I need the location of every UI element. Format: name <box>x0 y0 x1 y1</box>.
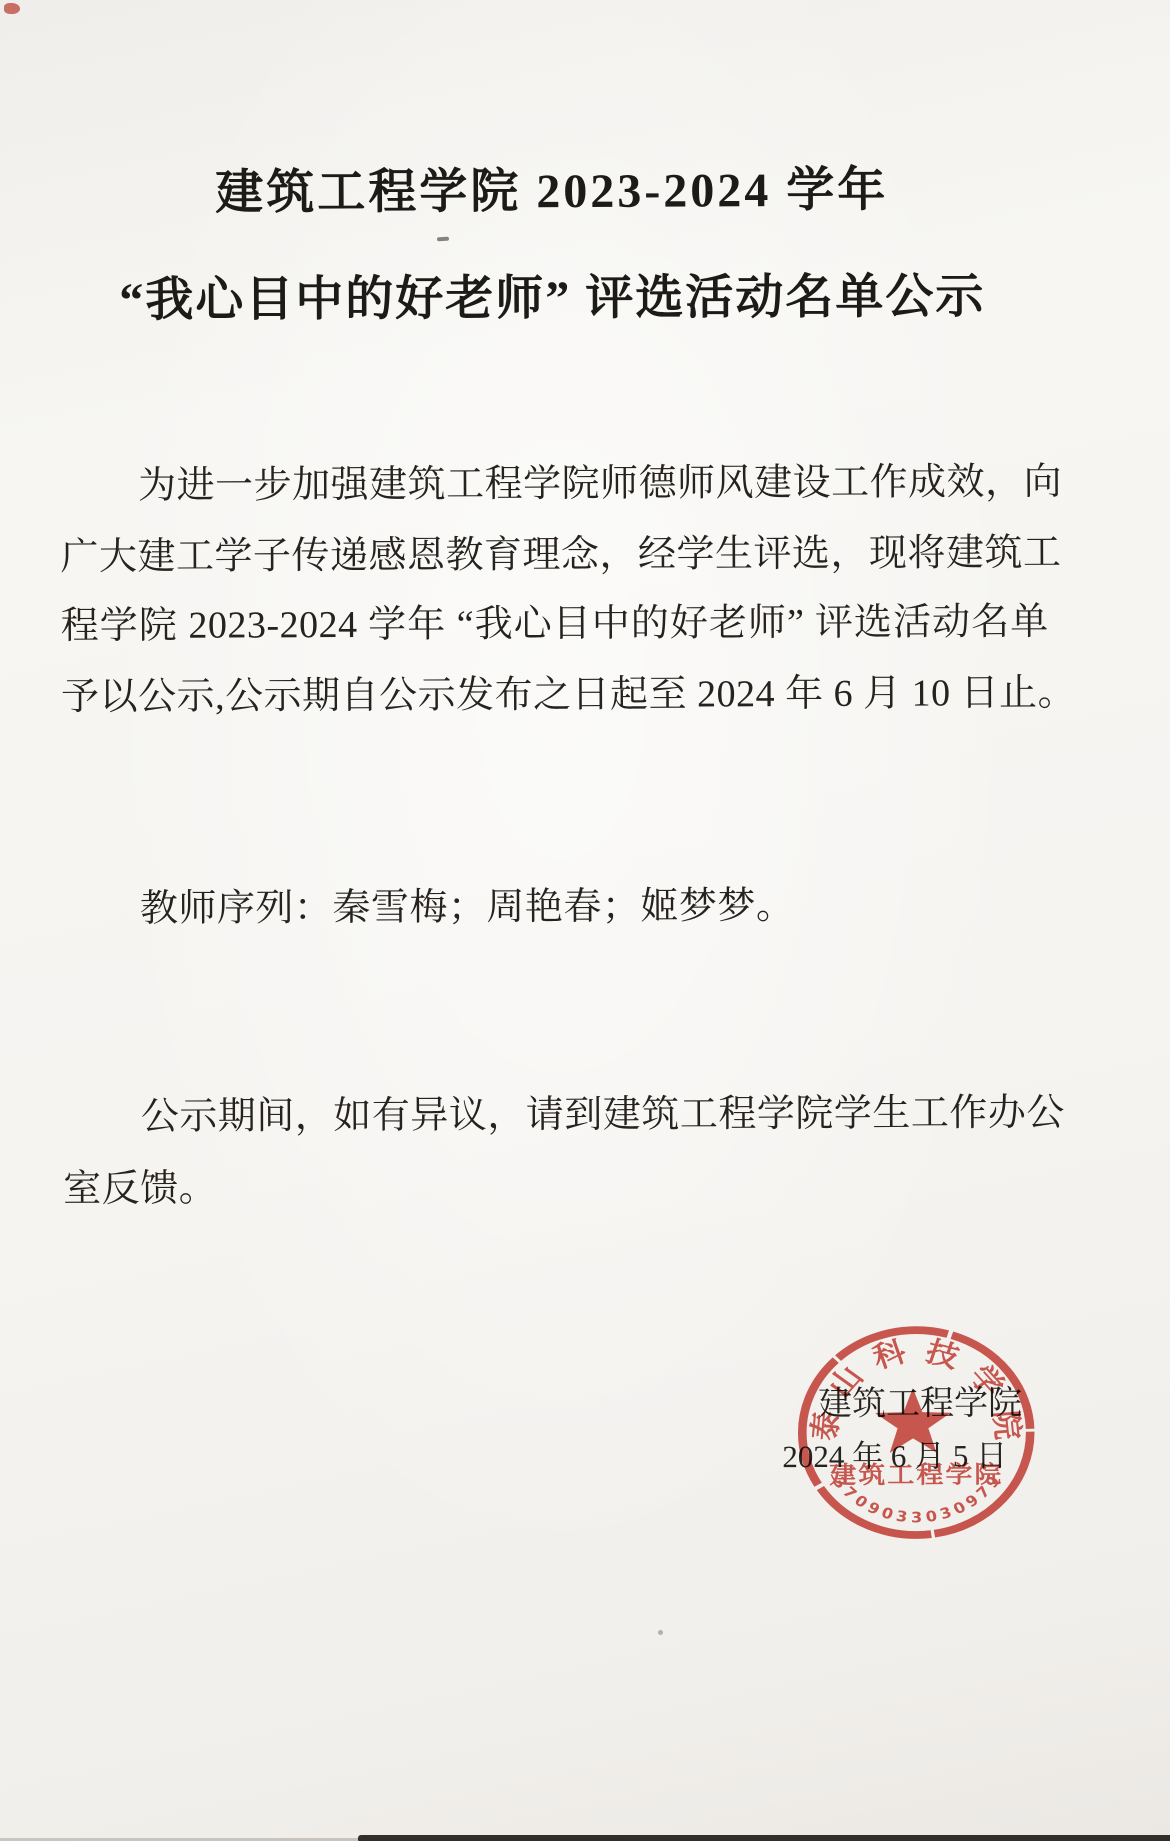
paragraph2-line2: 室反馈。 <box>63 1162 1051 1214</box>
seal-serial-digit: 9 <box>962 1491 982 1511</box>
paragraph1-line4: 予以公示,公示期自公示发布之日起至 2024 年 6 月 10 日止。 <box>61 670 1049 722</box>
paragraph1-line3: 程学院 2023-2024 学年 “我心目中的好老师” 评选活动名单 <box>61 599 1049 651</box>
seal-arc-char: 技 <box>922 1335 964 1374</box>
scan-edge-dark <box>358 1835 1170 1841</box>
seal-serial-digit: 7 <box>973 1483 994 1502</box>
seal-arc-char: 科 <box>868 1334 910 1374</box>
seal-serial-digit: 3 <box>895 1507 909 1525</box>
seal-serial-digit: 3 <box>829 1474 851 1492</box>
document-title-line2: “我心目中的好老师” 评选活动名单公示 <box>59 271 1045 328</box>
seal-serial-digit: 0 <box>950 1498 969 1518</box>
seal-serial-digit: 7 <box>839 1483 860 1502</box>
seal-serial-digit: 0 <box>924 1507 938 1525</box>
paragraph1-line2: 广大建工学子传递感恩教育理念，经学生评选，现将建筑工 <box>60 530 1048 582</box>
page-content: 建筑工程学院 2023-2024 学年 “我心目中的好老师” 评选活动名单公示 … <box>0 0 1170 1841</box>
paragraph1-line1: 为进一步加强建筑工程学院师德师风建设工作成效，向 <box>60 459 1048 511</box>
teacher-list-line: 教师序列：秦雪梅；周艳春；姬梦梦。 <box>140 882 1050 933</box>
paragraph2-line1: 公示期间，如有异议，请到建筑工程学院学生工作办公 <box>63 1090 1051 1142</box>
signature-date: 2024 年 6 月 5 日 <box>782 1430 1007 1476</box>
document-title-line1: 建筑工程学院 2023-2024 学年 <box>59 164 1045 221</box>
seal-serial-number: 3709033030979 <box>829 1473 1004 1526</box>
seal-serial-digit: 3 <box>938 1504 955 1523</box>
seal-serial-digit: 0 <box>851 1492 871 1512</box>
seal-serial-digit: 9 <box>982 1473 1004 1491</box>
signature-organization: 建筑工程学院 <box>818 1375 1022 1425</box>
seal-serial-digit: 9 <box>864 1499 883 1519</box>
seal-serial-digit: 3 <box>911 1509 922 1526</box>
scanned-document-page: 建筑工程学院 2023-2024 学年 “我心目中的好老师” 评选活动名单公示 … <box>0 0 1170 1841</box>
seal-serial-digit: 0 <box>879 1504 895 1523</box>
